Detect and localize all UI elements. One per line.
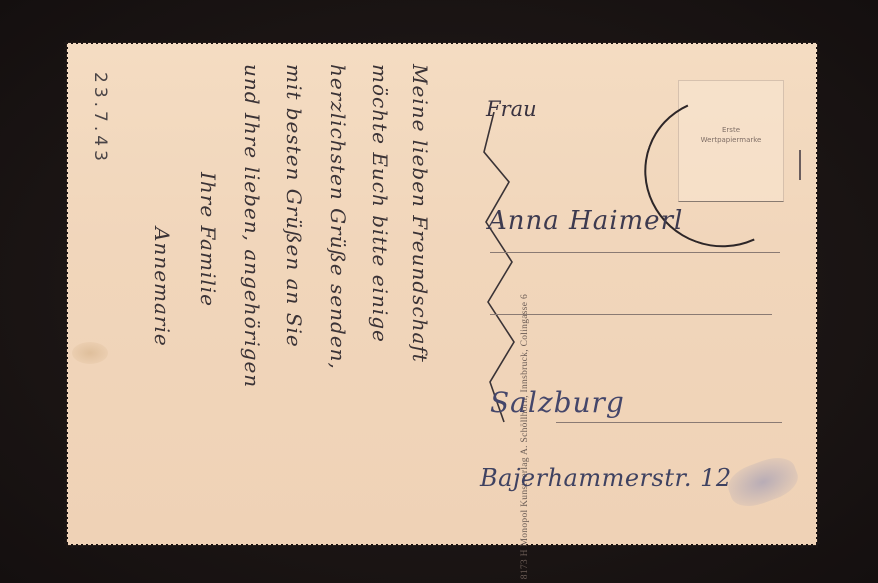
- address-line-2: [490, 314, 772, 315]
- message-line: Ihre Familie: [196, 172, 220, 307]
- deckled-edge-top: [66, 40, 818, 44]
- address-name: Anna Haimerl: [488, 206, 683, 236]
- message-line: herzlichsten Grüße senden,: [326, 64, 350, 370]
- postmark-circle: [623, 76, 819, 269]
- address-line-1: [490, 252, 780, 253]
- deckled-edge-bottom: [66, 544, 818, 548]
- signature: Annemarie: [150, 227, 174, 347]
- message-line: möchte Euch bitte einige: [368, 64, 392, 343]
- postmark-mark: [799, 150, 801, 180]
- address-street: Bajerhammerstr. 12: [480, 464, 732, 492]
- ink-smudge: [723, 451, 802, 513]
- postcard: 23.7.43 Meine lieben Freundschaft möchte…: [66, 42, 818, 546]
- address-city: Salzburg: [490, 386, 625, 419]
- address-salutation: Frau: [486, 97, 537, 121]
- message-line: mit besten Grüßen an Sie: [282, 64, 306, 348]
- deckled-edge-right: [816, 42, 820, 546]
- message-line: und Ihre lieben, angehörigen: [240, 64, 264, 388]
- deckled-edge-left: [64, 42, 68, 546]
- message-line: Meine lieben Freundschaft: [408, 64, 432, 363]
- date-note: 23.7.43: [90, 72, 110, 165]
- address-line-3: [556, 422, 782, 423]
- paper-stain: [72, 342, 108, 364]
